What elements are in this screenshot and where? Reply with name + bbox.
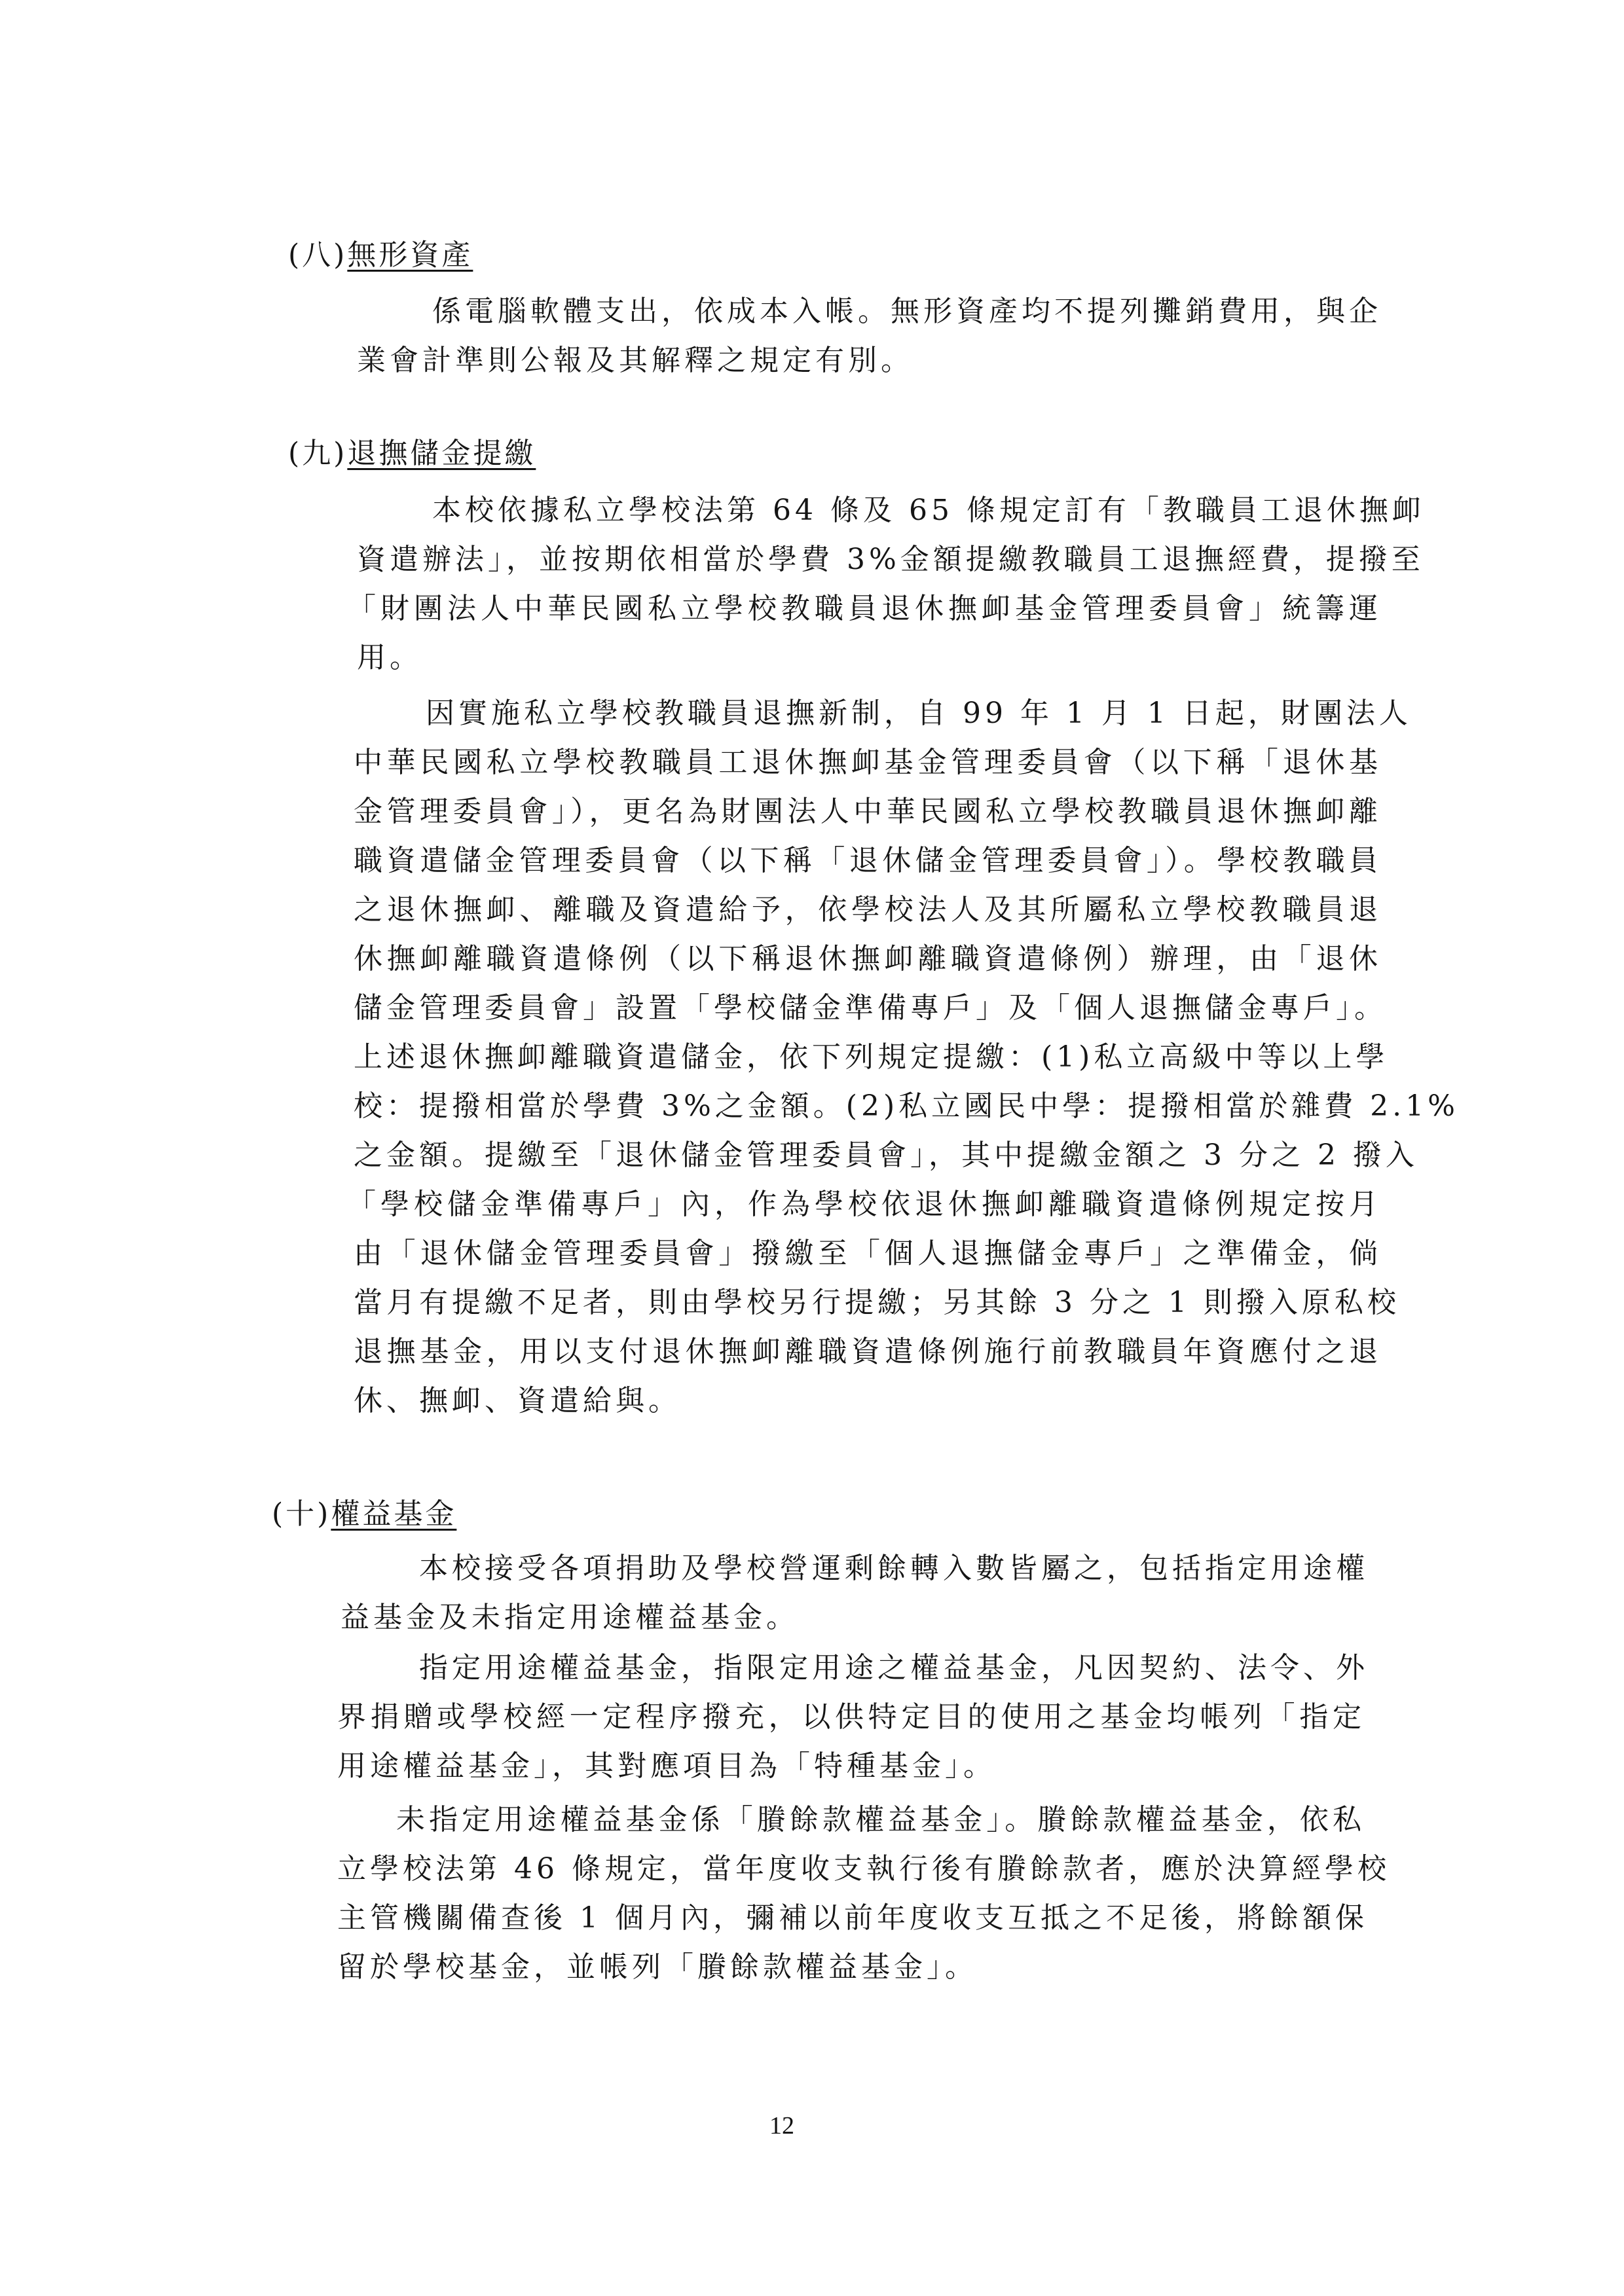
paragraph-line: 中華民國私立學校教職員工退休撫卹基金管理委員會（以下稱「退休基 xyxy=(354,744,1382,781)
document-page: (八)無形資產 係電腦軟體支出，依成本入帳。無形資產均不提列攤銷費用，與企 業會… xyxy=(0,0,1624,2296)
paragraph-line: 指定用途權益基金，指限定用途之權益基金，凡因契約、法令、外 xyxy=(419,1650,1365,1686)
paragraph-line: 休撫卹離職資遣條例（以下稱退休撫卹離職資遣條例）辦理，由「退休 xyxy=(354,941,1382,977)
paragraph-line: 上述退休撫卹離職資遣儲金，依下列規定提繳：(1)私立高級中等以上學 xyxy=(354,1039,1382,1076)
paragraph-line: 用途權益基金」，其對應項目為「特種基金」。 xyxy=(337,1748,996,1785)
paragraph-line: 由「退休儲金管理委員會」撥繳至「個人退撫儲金專戶」之準備金，倘 xyxy=(354,1235,1382,1272)
paragraph-line: 「學校儲金準備專戶」內，作為學校依退休撫卹離職資遣條例規定按月 xyxy=(347,1186,1382,1223)
paragraph-line: 職資遣儲金管理委員會（以下稱「退休儲金管理委員會」）。學校教職員 xyxy=(354,843,1382,879)
paragraph-line: 係電腦軟體支出，依成本入帳。無形資產均不提列攤銷費用，與企 xyxy=(432,293,1382,330)
paragraph-line: 當月有提繳不足者，則由學校另行提繳；另其餘 3 分之 1 則撥入原私校 xyxy=(354,1285,1382,1321)
paragraph-line: 業會計準則公報及其解釋之規定有別。 xyxy=(357,342,913,379)
paragraph-line: 主管機關備查後 1 個月內，彌補以前年度收支互抵之不足後，將餘額保 xyxy=(337,1900,1365,1937)
page-number: 12 xyxy=(769,2111,794,2140)
paragraph-line: 用。 xyxy=(357,640,422,676)
paragraph-line: 本校接受各項捐助及學校營運剩餘轉入數皆屬之，包括指定用途權 xyxy=(419,1550,1365,1587)
section-heading-9: (九)退撫儲金提繳 xyxy=(288,435,536,472)
paragraph-line: 金管理委員會」），更名為財團法人中華民國私立學校教職員退休撫卹離 xyxy=(354,793,1382,830)
paragraph-line: 校：提撥相當於學費 3%之金額。(2)私立國民中學：提撥相當於雜費 2.1% xyxy=(354,1088,1382,1125)
paragraph-line: 留於學校基金，並帳列「賸餘款權益基金」。 xyxy=(337,1949,978,1986)
section-number: (九) xyxy=(288,437,347,470)
section-heading-10: (十)權益基金 xyxy=(272,1496,456,1533)
paragraph-line: 「財團法人中華民國私立學校教職員退休撫卹基金管理委員會」統籌運 xyxy=(347,591,1382,627)
paragraph-line: 儲金管理委員會」設置「學校儲金準備專戶」及「個人退撫儲金專戶」。 xyxy=(354,990,1382,1027)
section-heading-8: (八)無形資產 xyxy=(288,237,473,274)
section-number: (十) xyxy=(272,1497,331,1531)
paragraph-line: 之金額。提繳至「退休儲金管理委員會」，其中提繳金額之 3 分之 2 撥入 xyxy=(354,1137,1382,1174)
paragraph-line: 本校依據私立學校法第 64 條及 65 條規定訂有「教職員工退休撫卹 xyxy=(432,492,1382,529)
section-title: 退撫儲金提繳 xyxy=(347,437,536,470)
paragraph-line: 休、撫卹、資遣給與。 xyxy=(354,1383,681,1419)
paragraph-line: 之退休撫卹、離職及資遣給予，依學校法人及其所屬私立學校教職員退 xyxy=(354,892,1382,928)
paragraph-line: 立學校法第 46 條規定，當年度收支執行後有賸餘款者，應於決算經學校 xyxy=(337,1851,1365,1887)
paragraph-line: 因實施私立學校教職員退撫新制，自 99 年 1 月 1 日起，財團法人 xyxy=(426,695,1382,732)
paragraph-line: 退撫基金，用以支付退休撫卹離職資遣條例施行前教職員年資應付之退 xyxy=(354,1334,1382,1370)
paragraph-line: 未指定用途權益基金係「賸餘款權益基金」。賸餘款權益基金，依私 xyxy=(396,1802,1365,1838)
section-number: (八) xyxy=(288,238,347,272)
paragraph-line: 界捐贈或學校經一定程序撥充，以供特定目的使用之基金均帳列「指定 xyxy=(337,1699,1365,1736)
paragraph-line: 資遣辦法」，並按期依相當於學費 3%金額提繳教職員工退撫經費，提撥至 xyxy=(357,541,1382,578)
section-title: 權益基金 xyxy=(331,1497,456,1531)
section-title: 無形資產 xyxy=(347,238,473,272)
paragraph-line: 益基金及未指定用途權益基金。 xyxy=(341,1599,799,1636)
